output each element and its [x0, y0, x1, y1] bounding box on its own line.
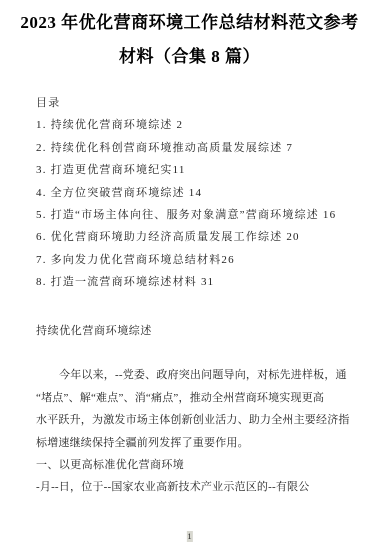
toc-item: 6. 优化营商环境助力经济高质量发展工作综述 20 [36, 226, 349, 248]
toc-heading: 目录 [36, 92, 349, 114]
paragraph-line: 今年以来，--党委、政府突出问题导向，对标先进样板，通 [36, 364, 349, 386]
paragraph-2: -月--日，位于--国家农业高新技术产业示范区的--有限公 [36, 476, 349, 498]
toc-item: 8. 打造一流营商环境综述材料 31 [36, 271, 349, 293]
paragraph-line: 标增速继续保持全疆前列发挥了重要作用。 [36, 432, 349, 454]
paragraph-line: -月--日，位于--国家农业高新技术产业示范区的--有限公 [36, 476, 349, 498]
toc-list: 1. 持续优化营商环境综述 22. 持续优化科创营商环境推动高质量发展综述 73… [36, 114, 349, 293]
toc-item: 3. 打造更优营商环境纪实11 [36, 159, 349, 181]
toc-item: 2. 持续优化科创营商环境推动高质量发展综述 7 [36, 137, 349, 159]
document-title: 2023 年优化营商环境工作总结材料范文参考 材料（合集 8 篇） [0, 0, 379, 74]
section-heading: 持续优化营商环境综述 [36, 320, 349, 342]
toc-item: 4. 全方位突破营商环境综述 14 [36, 182, 349, 204]
toc-item: 1. 持续优化营商环境综述 2 [36, 114, 349, 136]
document-body: 目录 1. 持续优化营商环境综述 22. 持续优化科创营商环境推动高质量发展综述… [36, 92, 349, 499]
paragraph-line: 水平跃升，为激发市场主体创新创业活力、助力全州主要经济指 [36, 409, 349, 431]
paragraph-1: 今年以来，--党委、政府突出问题导向，对标先进样板，通“堵点”、解“难点”、消“… [36, 364, 349, 454]
toc-item: 5. 打造“市场主体向往、服务对象满意”营商环境综述 16 [36, 204, 349, 226]
document-title-line-1: 2023 年优化营商环境工作总结材料范文参考 [0, 6, 379, 40]
subheading-1: 一、以更高标准优化营商环境 [36, 454, 349, 476]
page-number-field: 1 [186, 531, 192, 542]
document-page: 2023 年优化营商环境工作总结材料范文参考 材料（合集 8 篇） 目录 1. … [0, 0, 379, 550]
paragraph-line: “堵点”、解“难点”、消“痛点”，推动全州营商环境实现更高 [36, 387, 349, 409]
document-title-line-2: 材料（合集 8 篇） [0, 40, 379, 74]
toc-item: 7. 多向发力优化营商环境总结材料26 [36, 249, 349, 271]
